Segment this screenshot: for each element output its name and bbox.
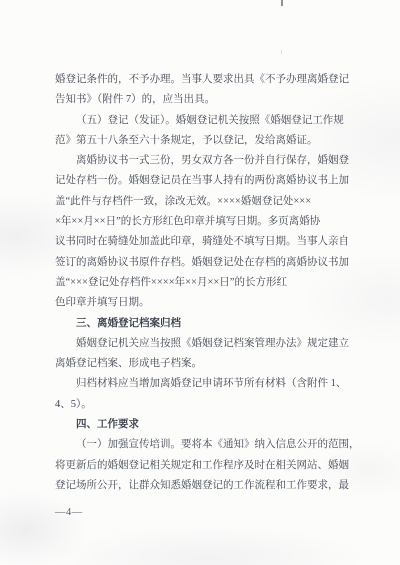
text-line: 4、5）。 [55, 395, 351, 415]
document-body: 婚登记条件的，不予办理。当事人要求出具《不予办理离婚登记告知书》（附件 7）的，… [55, 70, 351, 496]
text-line: 盖“此件与存档件一致，涂改无效。××××婚姻登记处××× [55, 192, 351, 212]
page-number: —4— [55, 503, 83, 523]
text-line: 婚登记条件的，不予办理。当事人要求出具《不予办理离婚登记 [55, 70, 351, 90]
text-line: 盖“×××登记处存档件××××年××月××日”的长方形红 [55, 273, 351, 293]
section-heading: 四、工作要求 [55, 415, 351, 435]
text-line: ×年××月××日”的长方形红色印章并填写日期。多页离婚协 [55, 212, 351, 232]
text-line: （五）登记（发证）。婚姻登记机关按照《婚姻登记工作规 [55, 111, 351, 131]
section-heading: 三、离婚登记档案归档 [55, 314, 351, 334]
scan-speck-top [281, 0, 283, 6]
scan-speck-mid [281, 50, 282, 54]
text-line: 离婚协议书一式三份，男女双方各一份并自行保存，婚姻登 [55, 151, 351, 171]
text-line: 离婚登记档案、形成电子档案。 [55, 354, 351, 374]
document-page: 婚登记条件的，不予办理。当事人要求出具《不予办理离婚登记告知书》（附件 7）的，… [0, 0, 400, 565]
text-line: 告知书》（附件 7）的，应当出具。 [55, 90, 351, 110]
text-line: 议书同时在骑缝处加盖此印章，骑缝处不填写日期。当事人亲自 [55, 232, 351, 252]
text-line: 范》第五十八条至六十条规定，予以登记，发给离婚证。 [55, 131, 351, 151]
text-line: 婚姻登记机关应当按照《婚姻登记档案管理办法》规定建立 [55, 334, 351, 354]
text-line: 登记场所公开，让群众知悉婚姻登记的工作流程和工作要求，最 [55, 476, 351, 496]
text-line: （一）加强宣传培训。要将本《通知》纳入信息公开的范围， [55, 435, 351, 455]
text-line: 色印章并填写日期。 [55, 293, 351, 313]
text-line: 记处存档一份。婚姻登记员在当事人持有的两份离婚协议书上加 [55, 171, 351, 191]
text-line: 归档材料应当增加离婚登记申请环节所有材料（含附件 1、 [55, 374, 351, 394]
text-line: 将更新后的婚姻登记相关规定和工作程序及时在相关网站、婚姻 [55, 456, 351, 476]
text-line: 签订的离婚协议书原件存档。婚姻登记处在存档的离婚协议书加 [55, 253, 351, 273]
